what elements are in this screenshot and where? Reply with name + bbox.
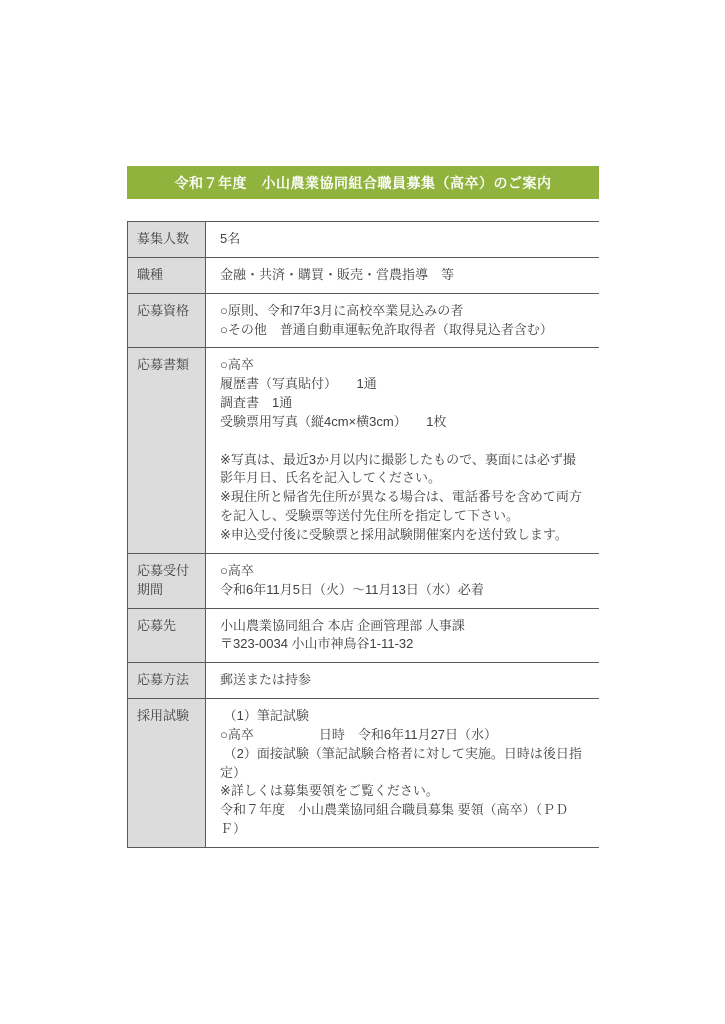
recruit-table: 募集人数5名職種金融・共済・購買・販売・営農指導 等応募資格○原則、令和7年3月… <box>127 221 599 848</box>
row-label: 応募受付期間 <box>128 554 206 608</box>
recruitment-notice-page: 令和７年度 小山農業協同組合職員募集（高卒）のご案内 募集人数5名職種金融・共済… <box>0 0 725 1024</box>
row-content: ○原則、令和7年3月に高校卒業見込みの者 ○その他 普通自動車運転免許取得者（取… <box>206 294 599 348</box>
table-row: 応募資格○原則、令和7年3月に高校卒業見込みの者 ○その他 普通自動車運転免許取… <box>128 294 599 349</box>
table-row: 職種金融・共済・購買・販売・営農指導 等 <box>128 258 599 294</box>
row-content: 5名 <box>206 222 599 257</box>
row-label: 職種 <box>128 258 206 293</box>
row-content: 金融・共済・購買・販売・営農指導 等 <box>206 258 599 293</box>
table-row: 採用試験 （1）筆記試験 ○高卒 日時 令和6年11月27日（水） （2）面接試… <box>128 699 599 848</box>
table-row: 応募受付期間○高卒 令和6年11月5日（火）～11月13日（水）必着 <box>128 554 599 609</box>
table-row: 応募方法郵送または持参 <box>128 663 599 699</box>
page-title: 令和７年度 小山農業協同組合職員募集（高卒）のご案内 <box>127 166 599 199</box>
table-row: 応募先小山農業協同組合 本店 企画管理部 人事課 〒323-0034 小山市神鳥… <box>128 609 599 664</box>
row-label: 募集人数 <box>128 222 206 257</box>
row-label: 応募書類 <box>128 348 206 552</box>
row-content: 小山農業協同組合 本店 企画管理部 人事課 〒323-0034 小山市神鳥谷1-… <box>206 609 599 663</box>
row-label: 採用試験 <box>128 699 206 847</box>
row-content: ○高卒 令和6年11月5日（火）～11月13日（水）必着 <box>206 554 599 608</box>
row-content: （1）筆記試験 ○高卒 日時 令和6年11月27日（水） （2）面接試験（筆記試… <box>206 699 599 847</box>
row-content: ○高卒 履歴書（写真貼付） 1通 調査書 1通 受験票用写真（縦4cm×横3cm… <box>206 348 599 552</box>
row-label: 応募先 <box>128 609 206 663</box>
row-content: 郵送または持参 <box>206 663 599 698</box>
row-label: 応募資格 <box>128 294 206 348</box>
table-row: 募集人数5名 <box>128 222 599 258</box>
row-label: 応募方法 <box>128 663 206 698</box>
table-row: 応募書類○高卒 履歴書（写真貼付） 1通 調査書 1通 受験票用写真（縦4cm×… <box>128 348 599 553</box>
